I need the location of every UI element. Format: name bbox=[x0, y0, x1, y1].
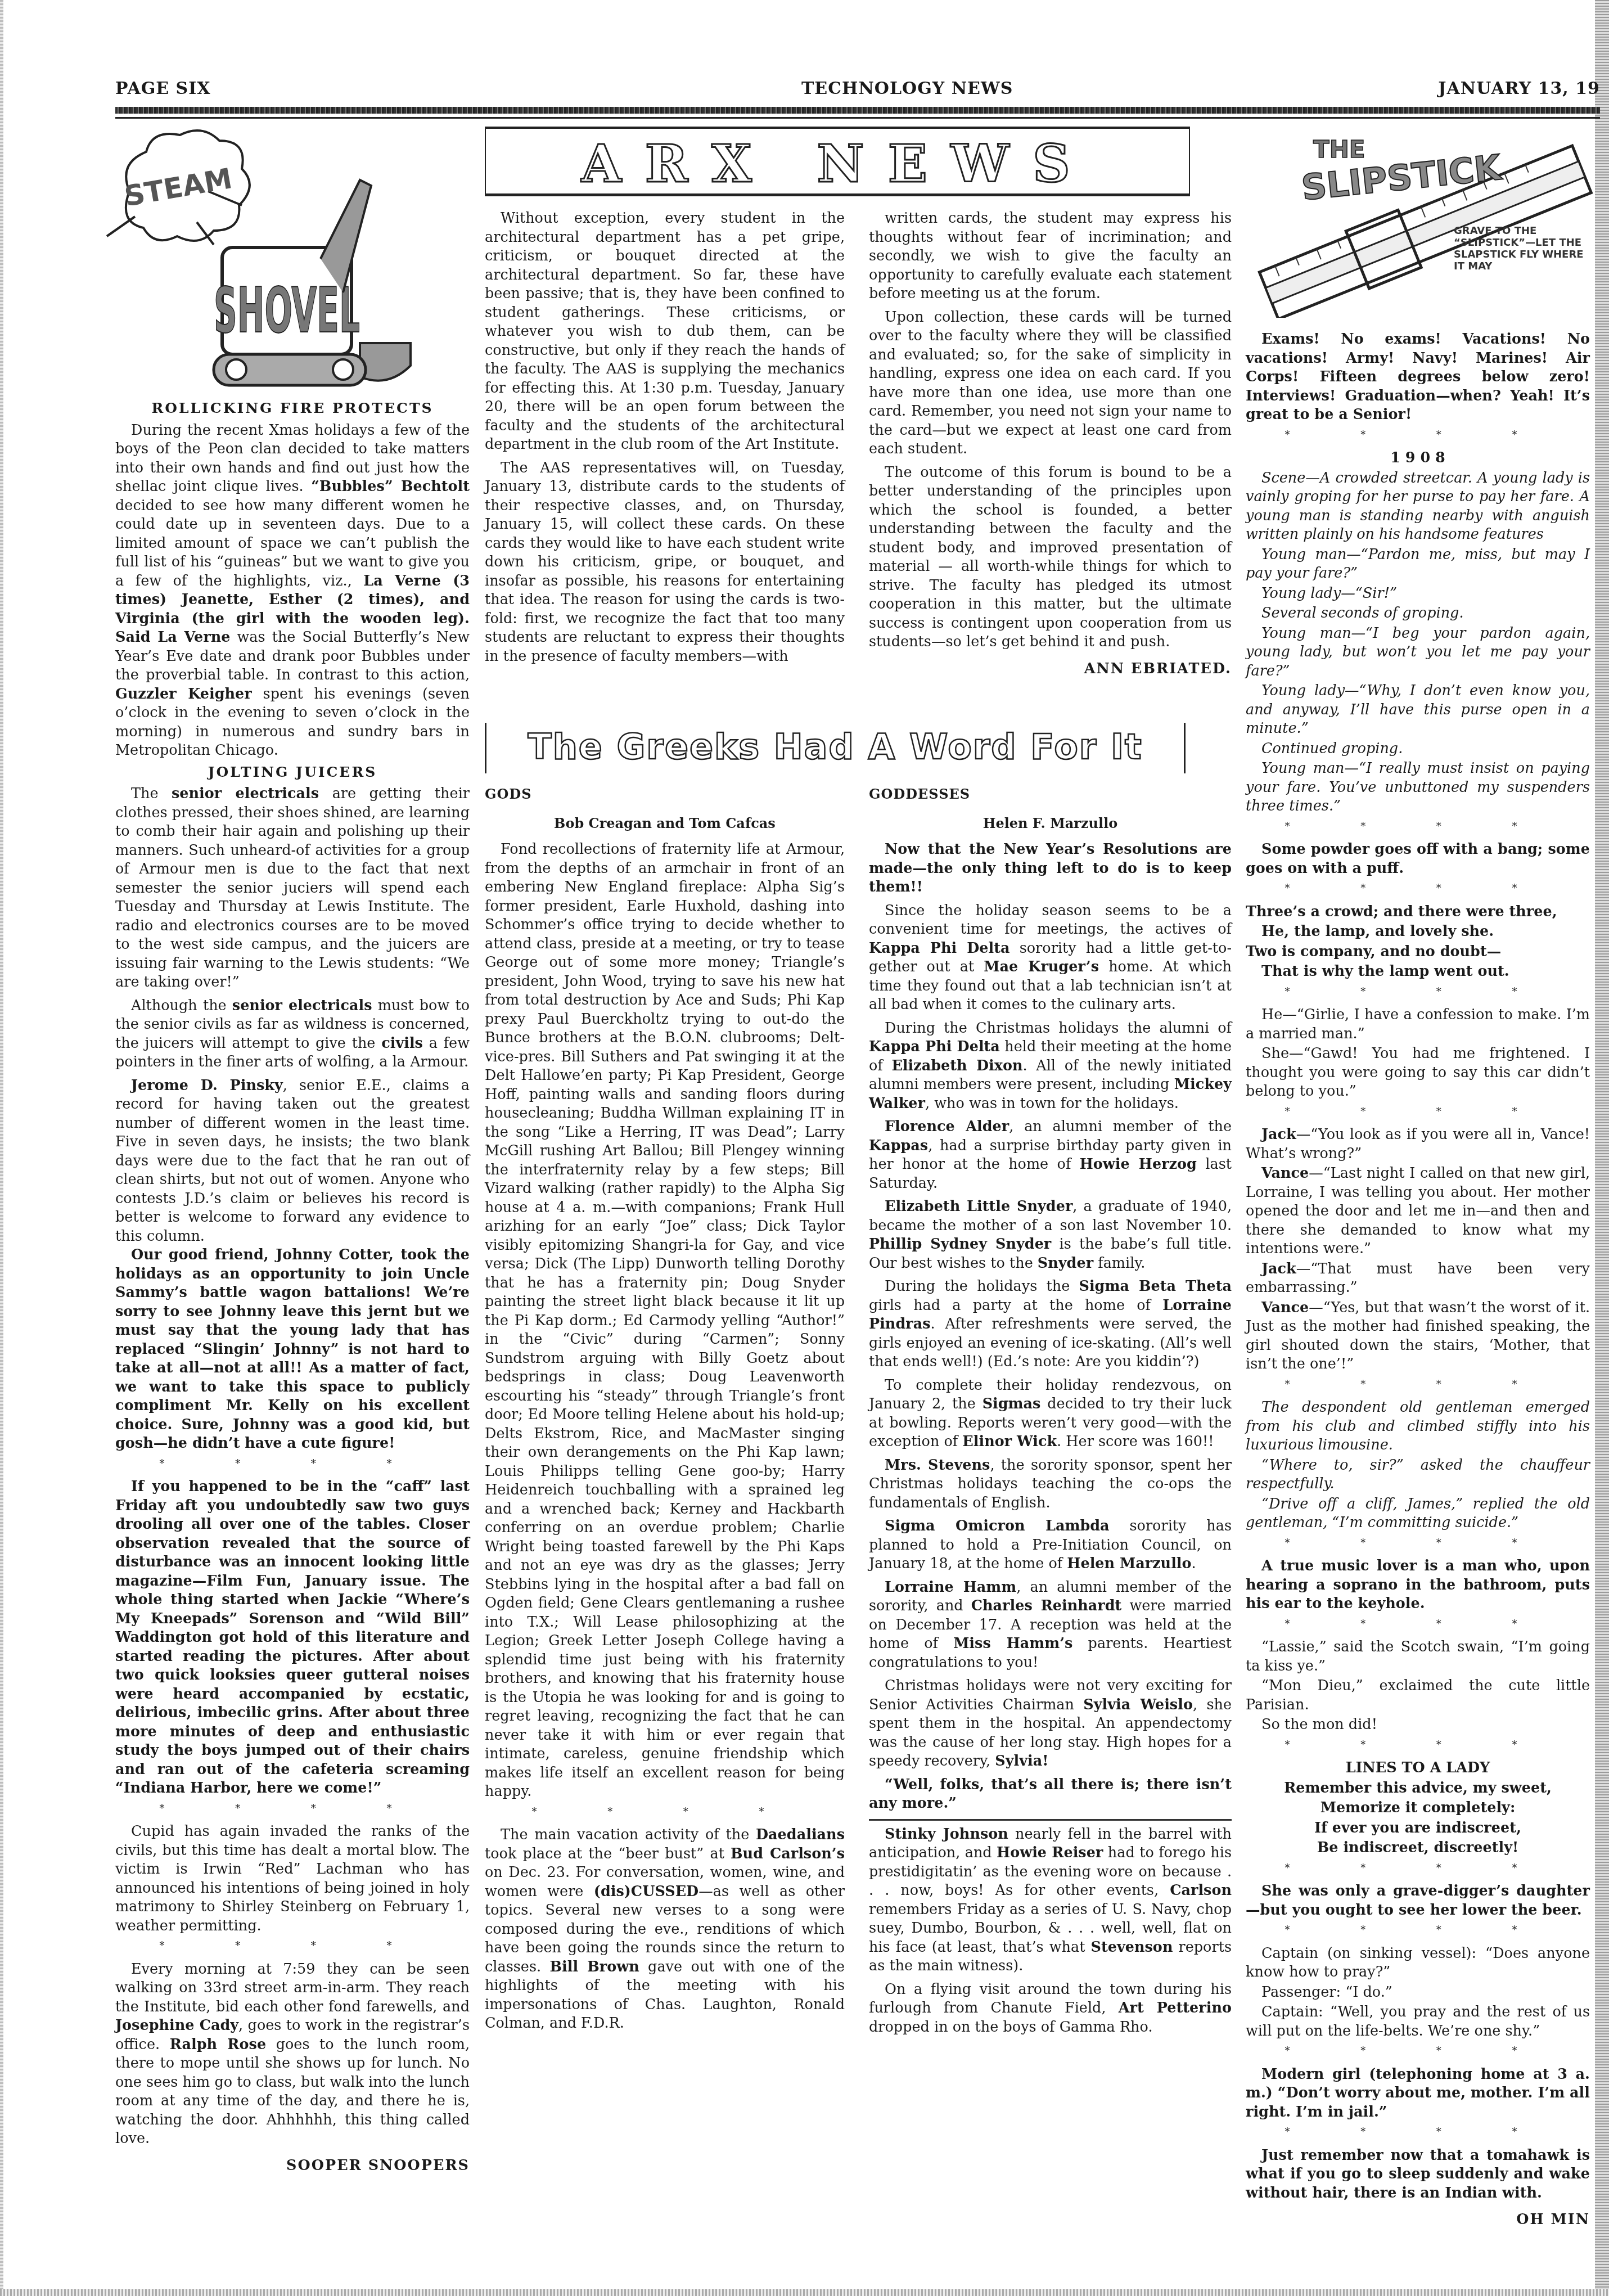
bold-text-run: That is why the lamp went out. bbox=[1261, 963, 1509, 980]
bold-text-run: He, the lamp, and lovely she. bbox=[1261, 923, 1494, 940]
italic-text-run: Continued groping. bbox=[1261, 740, 1403, 757]
shovel-section3-body: Our good friend, Johnny Cotter, took the… bbox=[115, 1246, 470, 2149]
text-run: , senior E.E., claims a record for havin… bbox=[115, 1077, 470, 1245]
joke-paragraph: She was only a grave-digger’s daughter—b… bbox=[1246, 1882, 1590, 1920]
joke-paragraph: Captain (on sinking vessel): “Does anyon… bbox=[1246, 1944, 1590, 1982]
bold-text-run: Bud Carlson’s bbox=[731, 1845, 845, 1862]
newspaper-name: TECHNOLOGY NEWS bbox=[801, 79, 1013, 98]
arx-news-column-1: Without exception, every student in the … bbox=[485, 209, 845, 666]
italic-text-run: Scene—A crowded streetcar. A young lady … bbox=[1246, 470, 1590, 543]
joke-paragraph: Young lady—“Why, I don’t even know you, … bbox=[1246, 682, 1590, 739]
bold-text-run: Mrs. Stevens bbox=[885, 1457, 990, 1474]
joke-paragraph: Young lady—“Sir!” bbox=[1246, 584, 1590, 604]
text-run: family. bbox=[1093, 1255, 1145, 1272]
verse-line: Three’s a crowd; and there were three, bbox=[1246, 903, 1590, 922]
joke-paragraph: Jack—“That must have been very embarrass… bbox=[1246, 1260, 1590, 1298]
bold-text-run: Kappa Phi Delta bbox=[869, 940, 1009, 957]
bold-text-run: Three’s a crowd; and there were three, bbox=[1246, 903, 1557, 920]
page-number: PAGE SIX bbox=[115, 79, 211, 98]
italic-text-run: Young man—“I beg your pardon again, youn… bbox=[1246, 625, 1590, 679]
bold-text-run: Jack bbox=[1261, 1260, 1296, 1277]
bold-text-run: Elizabeth Dixon bbox=[891, 1057, 1022, 1074]
joke-paragraph: “Where to, sir?” asked the chauffeur res… bbox=[1246, 1456, 1590, 1494]
bold-text-run: Just remember now that a tomahawk is wha… bbox=[1246, 2147, 1590, 2202]
bold-text-run: civils bbox=[381, 1035, 423, 1052]
text-run: , an alumni member of the bbox=[1009, 1118, 1232, 1135]
text-run: —“You look as if you were all in, Vance!… bbox=[1246, 1126, 1590, 1162]
text-run: . Her score was 160!! bbox=[1057, 1433, 1214, 1450]
text-run: The outcome of this forum is bound to be… bbox=[869, 464, 1232, 651]
arx-news-banner: ARX NEWS bbox=[485, 127, 1190, 196]
joke-paragraph: Continued groping. bbox=[1246, 740, 1590, 759]
bold-text-run: Daedalians bbox=[756, 1826, 845, 1843]
section-separator-stars: * * * * bbox=[1246, 1102, 1590, 1122]
goddesses-column: GODDESSES Helen F. Marzullo Now that the… bbox=[869, 785, 1232, 2037]
goddesses-label: GODDESSES bbox=[869, 785, 1232, 804]
article-paragraph: “Well, folks, that’s all there is; there… bbox=[869, 1776, 1232, 1813]
bold-text-run: Art Petterino bbox=[1119, 2000, 1232, 2016]
verse-line: That is why the lamp went out. bbox=[1246, 962, 1590, 982]
steam-shovel-column: ROLLICKING FIRE PROTECTS During the rece… bbox=[115, 397, 470, 2175]
bold-text-run: Carlson bbox=[1170, 1882, 1232, 1899]
centered-line: 1 9 0 8 bbox=[1246, 449, 1590, 468]
text-run: She—“Gawd! You had me frightened. I thou… bbox=[1246, 1045, 1590, 1100]
text-run: Captain: “Well, you pray and the rest of… bbox=[1246, 2004, 1590, 2040]
section-separator-stars: * * * * bbox=[1246, 879, 1590, 898]
bold-text-run: Mae Kruger’s bbox=[984, 958, 1099, 975]
text-run: Upon collection, these cards will be tur… bbox=[869, 309, 1232, 458]
section-separator-stars: * * * * bbox=[115, 1455, 470, 1474]
joke-paragraph: Vance—“Yes, but that wasn’t the worst of… bbox=[1246, 1299, 1590, 1374]
bold-text-run: Jerome D. Pinsky bbox=[131, 1077, 283, 1094]
bold-text-run: Lorraine Hamm bbox=[885, 1579, 1016, 1596]
text-run: are getting their clothes pressed, their… bbox=[115, 785, 470, 991]
slipstick-signature: OH MIN bbox=[1246, 2211, 1590, 2230]
text-run: The main vacation activity of the bbox=[501, 1826, 756, 1843]
text-run: dropped in on the boys of Gamma Rho. bbox=[869, 2019, 1153, 2036]
bold-text-run: Stinky Johnson bbox=[885, 1826, 1008, 1843]
masthead-rule-thin bbox=[115, 117, 1600, 119]
bold-text-run: Some powder goes off with a bang; some g… bbox=[1246, 841, 1590, 877]
bold-text-run: Jack bbox=[1261, 1126, 1296, 1143]
gods-column: GODS Bob Creagan and Tom Cafcas Fond rec… bbox=[485, 785, 845, 2033]
joke-paragraph: She—“Gawd! You had me frightened. I thou… bbox=[1246, 1045, 1590, 1101]
bold-text-run: Sigmas bbox=[982, 1395, 1041, 1412]
text-run: Cupid has again invaded the ranks of the… bbox=[115, 1823, 470, 1934]
arx-news-column-2: written cards, the student may express h… bbox=[869, 209, 1232, 678]
article-paragraph: Elizabeth Little Snyder, a graduate of 1… bbox=[869, 1197, 1232, 1273]
article-paragraph: Since the holiday season seems to be a c… bbox=[869, 902, 1232, 1015]
joke-paragraph: Young man—“I really must insist on payin… bbox=[1246, 759, 1590, 816]
text-run: The AAS representatives will, on Tuesday… bbox=[485, 460, 845, 665]
section-separator-stars: * * * * bbox=[1246, 1375, 1590, 1394]
bold-text-run: Florence Alder bbox=[885, 1118, 1009, 1135]
bold-text-run: Modern girl (telephoning home at 3 a. m.… bbox=[1246, 2066, 1590, 2121]
goddesses-byline: Helen F. Marzullo bbox=[869, 814, 1232, 833]
centered-line: Memorize it completely: bbox=[1246, 1799, 1590, 1818]
text-run: Every morning at 7:59 they can be seen w… bbox=[115, 1961, 470, 2015]
bold-text-run: senior electricals bbox=[232, 997, 372, 1014]
article-paragraph: Fond recollections of fraternity life at… bbox=[485, 840, 845, 1802]
joke-paragraph: Scene—A crowded streetcar. A young lady … bbox=[1246, 469, 1590, 544]
bold-text-run: Snyder bbox=[1038, 1255, 1093, 1272]
scan-edge-left bbox=[0, 0, 3, 2296]
joke-paragraph: Just remember now that a tomahawk is wha… bbox=[1246, 2146, 1590, 2203]
article-paragraph: Lorraine Hamm, an alumni member of the s… bbox=[869, 1578, 1232, 1673]
text-run: written cards, the student may express h… bbox=[869, 210, 1232, 302]
bold-text-run: Howie Reiser bbox=[997, 1844, 1103, 1861]
bold-text-run: She was only a grave-digger’s daughter—b… bbox=[1246, 1883, 1590, 1919]
text-run: . bbox=[1192, 1555, 1196, 1572]
article-paragraph: Cupid has again invaded the ranks of the… bbox=[115, 1822, 470, 1935]
bold-text-run: Miss Hamm’s bbox=[953, 1635, 1072, 1652]
section-separator-stars: * * * * bbox=[1246, 1859, 1590, 1878]
greeks-title: The Greeks Had A Word For It bbox=[486, 726, 1184, 767]
section-separator-stars: * * * * bbox=[1246, 1615, 1590, 1634]
text-run: girls had a party at the home of bbox=[869, 1297, 1162, 1314]
joke-paragraph: Young man—“Pardon me, miss, but may I pa… bbox=[1246, 546, 1590, 583]
article-paragraph: The AAS representatives will, on Tuesday… bbox=[485, 459, 845, 667]
text-run: Passenger: “I do.” bbox=[1261, 1984, 1392, 2001]
bold-text-run: Vance bbox=[1261, 1299, 1309, 1316]
section-separator-stars: * * * * bbox=[115, 1937, 470, 1956]
masthead: PAGE SIX TECHNOLOGY NEWS JANUARY 13, 19 bbox=[115, 79, 1600, 101]
bold-text-run: (dis)CUSSED bbox=[594, 1883, 698, 1900]
steam-shovel-icon: STEAM SHOVEL bbox=[96, 124, 467, 388]
joke-paragraph: He—“Girlie, I have a confession to make.… bbox=[1246, 1006, 1590, 1043]
slipstick-art-small-title: THE bbox=[1313, 136, 1365, 163]
arx-signature: ANN EBRIATED. bbox=[869, 660, 1232, 679]
joke-paragraph: Captain: “Well, you pray and the rest of… bbox=[1246, 2003, 1590, 2041]
italic-text-run: Young lady—“Sir!” bbox=[1261, 585, 1397, 602]
section-heading: JOLTING JUICERS bbox=[115, 763, 470, 782]
bold-text-run: Our good friend, Johnny Cotter, took the… bbox=[115, 1246, 470, 1452]
bold-text-run: If you happened to be in the “caff” last… bbox=[115, 1478, 470, 1797]
bold-text-run: A true music lover is a man who, upon he… bbox=[1246, 1557, 1590, 1612]
bold-text-run: Josephine Cady bbox=[115, 2017, 238, 2034]
text-run: He—“Girlie, I have a confession to make.… bbox=[1246, 1006, 1590, 1042]
slipstick-body: Exams! No exams! Vacations! No vacations… bbox=[1246, 330, 1590, 2203]
italic-text-run: Several seconds of groping. bbox=[1261, 605, 1464, 622]
slipstick-icon: THE SLIPSTICK GRAVE TO THE “SLIPSTICK”—L… bbox=[1246, 124, 1594, 318]
bold-text-run: Sylvia Weislo bbox=[1083, 1696, 1193, 1713]
bold-text-run: Sigma Beta Theta bbox=[1079, 1278, 1232, 1295]
article-paragraph: The senior electricals are getting their… bbox=[115, 785, 470, 992]
slipstick-column: Exams! No exams! Vacations! No vacations… bbox=[1246, 329, 1590, 2230]
greeks-banner: The Greeks Had A Word For It bbox=[485, 723, 1186, 773]
joke-paragraph: So the mon did! bbox=[1246, 1716, 1590, 1735]
italic-text-run: “Where to, sir?” asked the chauffeur res… bbox=[1246, 1457, 1590, 1493]
italic-text-run: Young lady—“Why, I don’t even know you, … bbox=[1246, 682, 1590, 737]
article-paragraph: Stinky Johnson nearly fell in the barrel… bbox=[869, 1825, 1232, 1976]
bold-text-run: Elinor Wick bbox=[962, 1433, 1057, 1450]
verse-line: He, the lamp, and lovely she. bbox=[1246, 922, 1590, 942]
section-separator-stars: * * * * bbox=[1246, 2123, 1590, 2142]
bold-text-run: Bill Brown bbox=[549, 1959, 639, 1975]
text-run: —“That must have been very embarrassing.… bbox=[1246, 1260, 1590, 1296]
joke-paragraph: Jack—“You look as if you were all in, Va… bbox=[1246, 1126, 1590, 1163]
article-paragraph: Our good friend, Johnny Cotter, took the… bbox=[115, 1246, 470, 1453]
text-run: Captain (on sinking vessel): “Does anyon… bbox=[1246, 1945, 1590, 1981]
article-paragraph: Without exception, every student in the … bbox=[485, 209, 845, 454]
section-separator-stars: * * * * bbox=[1246, 983, 1590, 1002]
gods-body: Fond recollections of fraternity life at… bbox=[485, 840, 845, 2033]
arx-news-column-2-body: written cards, the student may express h… bbox=[869, 209, 1232, 652]
bold-text-run: Elizabeth Little Snyder bbox=[885, 1198, 1072, 1215]
section-separator-stars: * * * * bbox=[115, 1799, 470, 1818]
article-paragraph: If you happened to be in the “caff” last… bbox=[115, 1478, 470, 1798]
text-run: Since the holiday season seems to be a c… bbox=[869, 902, 1232, 938]
bold-text-run: Charles Reinhardt bbox=[971, 1597, 1122, 1614]
centered-line: LINES TO A LADY bbox=[1246, 1759, 1590, 1778]
bold-text-run: senior electricals bbox=[172, 785, 319, 802]
joke-paragraph: Several seconds of groping. bbox=[1246, 604, 1590, 623]
text-run: “Lassie,” said the Scotch swain, “I’m go… bbox=[1246, 1638, 1590, 1674]
bold-text-run: Memorize it completely: bbox=[1320, 1799, 1516, 1816]
text-run: Fond recollections of fraternity life at… bbox=[485, 841, 845, 1800]
section-heading: ROLLICKING FIRE PROTECTS bbox=[115, 399, 470, 418]
article-paragraph: To complete their holiday rendezvous, on… bbox=[869, 1376, 1232, 1452]
joke-paragraph: Some powder goes off with a bang; some g… bbox=[1246, 840, 1590, 878]
section-divider bbox=[869, 1819, 1232, 1821]
shovel-section1-body: During the recent Xmas holidays a few of… bbox=[115, 421, 470, 760]
centered-line: If ever you are indiscreet, bbox=[1246, 1819, 1590, 1838]
article-paragraph: During the recent Xmas holidays a few of… bbox=[115, 421, 470, 760]
scan-edge-right bbox=[1595, 0, 1609, 2296]
joke-paragraph: Vance—“Last night I called on that new g… bbox=[1246, 1164, 1590, 1259]
bold-text-run: LINES TO A LADY bbox=[1346, 1759, 1490, 1776]
article-paragraph: Florence Alder, an alumni member of the … bbox=[869, 1118, 1232, 1193]
centered-line: Remember this advice, my sweet, bbox=[1246, 1779, 1590, 1798]
joke-paragraph: Exams! No exams! Vacations! No vacations… bbox=[1246, 330, 1590, 425]
joke-paragraph: Passenger: “I do.” bbox=[1246, 1983, 1590, 2002]
text-run: “Mon Dieu,” exclaimed the cute little Pa… bbox=[1246, 1677, 1590, 1713]
shovel-art-cloud-text: STEAM bbox=[122, 162, 235, 213]
section-separator-stars: * * * * bbox=[1246, 1921, 1590, 1940]
joke-paragraph: Modern girl (telephoning home at 3 a. m.… bbox=[1246, 2065, 1590, 2122]
text-run: So the mon did! bbox=[1261, 1716, 1377, 1733]
goddesses-after-rule: Stinky Johnson nearly fell in the barrel… bbox=[869, 1825, 1232, 2037]
bold-text-run: Kappa Phi Delta bbox=[869, 1038, 1000, 1055]
section-separator-stars: * * * * bbox=[1246, 2042, 1590, 2061]
bold-text-run: Kappas bbox=[869, 1137, 928, 1154]
text-run: took place at the “beer bust” at bbox=[485, 1845, 731, 1862]
article-paragraph: During the holidays the Sigma Beta Theta… bbox=[869, 1277, 1232, 1372]
bold-text-run: “Bubbles” Bechtolt bbox=[311, 478, 470, 495]
article-paragraph: Upon collection, these cards will be tur… bbox=[869, 308, 1232, 459]
bold-text-run: Howie Herzog bbox=[1080, 1156, 1197, 1173]
joke-paragraph: “Mon Dieu,” exclaimed the cute little Pa… bbox=[1246, 1677, 1590, 1714]
section-separator-stars: * * * * bbox=[1246, 1736, 1590, 1755]
italic-text-run: “Drive off a cliff, James,” replied the … bbox=[1246, 1496, 1590, 1532]
section-separator-stars: * * * * bbox=[1246, 817, 1590, 836]
text-run: , who was in town for the holidays. bbox=[925, 1095, 1179, 1112]
text-run: During the Christmas holidays the alumni… bbox=[885, 1020, 1232, 1037]
column-signature: SOOPER SNOOPERS bbox=[115, 2157, 470, 2176]
issue-date: JANUARY 13, 19 bbox=[1438, 79, 1600, 98]
article-paragraph: The outcome of this forum is bound to be… bbox=[869, 463, 1232, 652]
shovel-art-body-text: SHOVEL bbox=[214, 274, 360, 346]
article-paragraph: On a flying visit around the town during… bbox=[869, 1980, 1232, 2037]
text-run: The bbox=[131, 785, 172, 802]
bold-text-run: Sigma Omicron Lambda bbox=[885, 1518, 1110, 1534]
masthead-rule-thick bbox=[115, 107, 1600, 114]
bold-text-run: Vance bbox=[1261, 1165, 1309, 1182]
bold-text-run: If ever you are indiscreet, bbox=[1314, 1820, 1521, 1836]
article-paragraph: written cards, the student may express h… bbox=[869, 209, 1232, 304]
article-paragraph: During the Christmas holidays the alumni… bbox=[869, 1019, 1232, 1114]
bold-text-run: Remember this advice, my sweet, bbox=[1284, 1780, 1552, 1797]
bold-text-run: 1 9 0 8 bbox=[1390, 449, 1445, 466]
scan-edge-bottom bbox=[0, 2289, 1609, 2296]
bold-text-run: Be indiscreet, discreetly! bbox=[1317, 1839, 1518, 1856]
section-separator-stars: * * * * bbox=[485, 1803, 845, 1822]
text-run: Without exception, every student in the … bbox=[485, 210, 845, 453]
bold-text-run: Stevenson bbox=[1091, 1939, 1173, 1956]
bold-text-run: Sylvia! bbox=[995, 1753, 1048, 1770]
section-separator-stars: * * * * bbox=[1246, 426, 1590, 445]
bold-text-run: “Well, folks, that’s all there is; there… bbox=[869, 1776, 1232, 1812]
slipstick-art-caption: GRAVE TO THE “SLIPSTICK”—LET THE SLAPSTI… bbox=[1454, 225, 1594, 272]
section-separator-stars: * * * * bbox=[1246, 1534, 1590, 1553]
gods-label: GODS bbox=[485, 785, 845, 804]
text-run: During the holidays the bbox=[885, 1278, 1079, 1295]
shovel-section2-body: The senior electricals are getting their… bbox=[115, 785, 470, 1246]
article-paragraph: Now that the New Year’s Resolutions are … bbox=[869, 840, 1232, 897]
bold-text-run: Guzzler Keigher bbox=[115, 686, 252, 703]
article-paragraph: Every morning at 7:59 they can be seen w… bbox=[115, 1960, 470, 2149]
article-paragraph: The main vacation activity of the Daedal… bbox=[485, 1826, 845, 2033]
joke-paragraph: “Lassie,” said the Scotch swain, “I’m go… bbox=[1246, 1638, 1590, 1676]
bold-text-run: Two is company, and no doubt— bbox=[1246, 943, 1501, 960]
joke-paragraph: A true music lover is a man who, upon he… bbox=[1246, 1557, 1590, 1614]
bold-text-run: Now that the New Year’s Resolutions are … bbox=[869, 841, 1232, 895]
joke-paragraph: The despondent old gentleman emerged fro… bbox=[1246, 1398, 1590, 1455]
article-paragraph: Sigma Omicron Lambda sorority has planne… bbox=[869, 1517, 1232, 1574]
centered-line: Be indiscreet, discreetly! bbox=[1246, 1839, 1590, 1858]
goddesses-body: Now that the New Year’s Resolutions are … bbox=[869, 840, 1232, 1813]
bold-text-run: Phillip Sydney Snyder bbox=[869, 1236, 1051, 1253]
text-run: Although the bbox=[131, 997, 232, 1014]
bold-text-run: Ralph Rose bbox=[170, 2036, 266, 2053]
italic-text-run: The despondent old gentleman emerged fro… bbox=[1246, 1399, 1590, 1453]
joke-paragraph: Young man—“I beg your pardon again, youn… bbox=[1246, 624, 1590, 681]
verse-line: Two is company, and no doubt— bbox=[1246, 943, 1590, 962]
italic-text-run: Young man—“Pardon me, miss, but may I pa… bbox=[1246, 546, 1590, 582]
italic-text-run: Young man—“I really must insist on payin… bbox=[1246, 760, 1590, 814]
article-paragraph: Although the senior electricals must bow… bbox=[115, 997, 470, 1072]
article-paragraph: Jerome D. Pinsky, senior E.E., claims a … bbox=[115, 1077, 470, 1246]
bold-text-run: Exams! No exams! Vacations! No vacations… bbox=[1246, 331, 1590, 423]
article-paragraph: Christmas holidays were not very excitin… bbox=[869, 1677, 1232, 1771]
gods-byline: Bob Creagan and Tom Cafcas bbox=[485, 814, 845, 833]
article-paragraph: Mrs. Stevens, the sorority sponsor, spen… bbox=[869, 1456, 1232, 1513]
joke-paragraph: “Drive off a cliff, James,” replied the … bbox=[1246, 1495, 1590, 1533]
arx-news-title: ARX NEWS bbox=[486, 133, 1189, 194]
bold-text-run: Helen Marzullo bbox=[1067, 1555, 1191, 1572]
